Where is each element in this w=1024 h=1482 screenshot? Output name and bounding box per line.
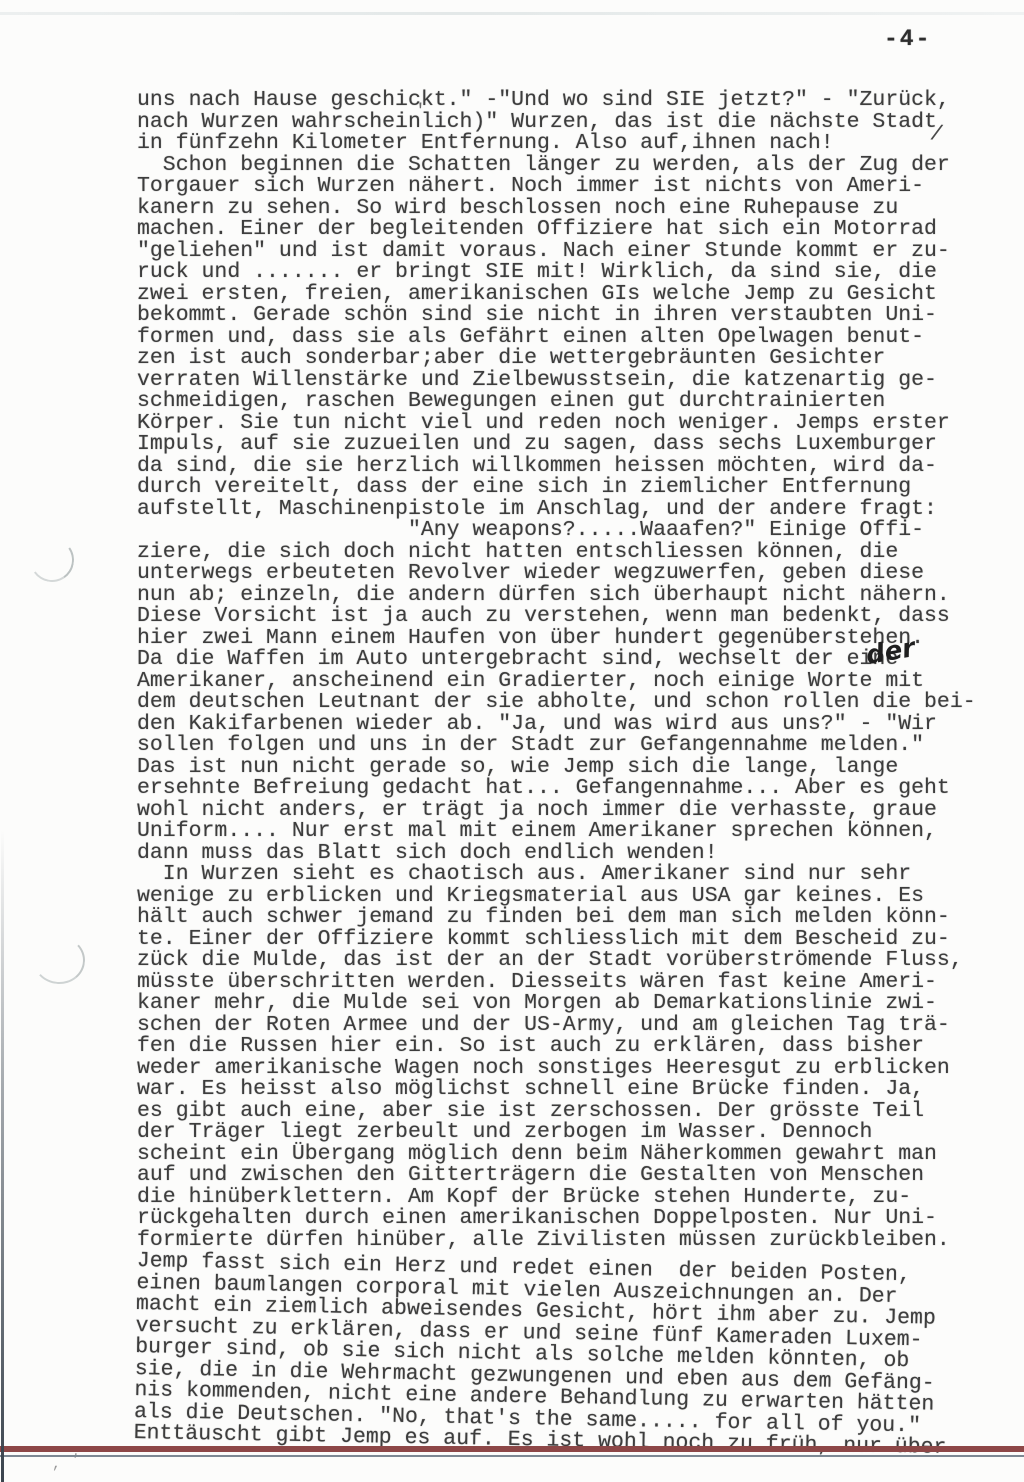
text-line: in fünfzehn Kilometer Entfernung. Also a…: [137, 133, 976, 155]
text-line: Torgauer sich Wurzen nähert. Noch immer …: [137, 176, 976, 198]
text-line: In Wurzen sieht es chaotisch aus. Amerik…: [137, 864, 976, 886]
scanned-document-page: { "page": { "page_number": "-4-" }, "col…: [0, 0, 1024, 1482]
text-line: da sind, die sie herzlich willkommen hei…: [137, 456, 976, 478]
text-line: die hinüberklettern. Am Kopf der Brücke …: [137, 1187, 976, 1209]
text-line: Impuls, auf sie zuzueilen und zu sagen, …: [137, 434, 976, 456]
text-line: Schon beginnen die Schatten länger zu we…: [137, 155, 976, 177]
text-line: der Träger liegt zerbeult und zerbogen i…: [137, 1122, 976, 1144]
text-line: durch vereitelt, dass der eine sich in z…: [137, 477, 976, 499]
text-line: ersehnte Befreiung gedacht hat... Gefang…: [137, 778, 976, 800]
page-number: -4-: [884, 26, 931, 52]
text-line: te. Einer der Offiziere kommt schliessli…: [137, 929, 976, 951]
text-line: formierte dürfen hinüber, alle Ziviliste…: [137, 1230, 976, 1252]
text-line: scheint ein Übergang möglich denn beim N…: [137, 1144, 976, 1166]
text-line: fen die Russen hier ein. So ist auch zu …: [137, 1036, 976, 1058]
text-line: dem deutschen Leutnant der sie abholte, …: [137, 692, 976, 714]
text-line: machen. Einer der begleitenden Offiziere…: [137, 219, 976, 241]
text-line: schmeidigen, raschen Bewegungen einen gu…: [137, 391, 976, 413]
bottom-red-rule: [0, 1446, 1024, 1452]
text-line: aufstellt, Maschinenpistole im Anschlag,…: [137, 499, 976, 521]
text-line: verraten Willenstärke und Zielbewusstsei…: [137, 370, 976, 392]
text-block: Jemp fasst sich ein Herz und redet einen…: [133, 1251, 975, 1460]
text-line: Uniform.... Nur erst mal mit einem Ameri…: [137, 821, 976, 843]
text-line: unterwegs erbeuteten Revolver wieder weg…: [137, 563, 976, 585]
typed-text-body: uns nach Hause geschickt." -"Und wo sind…: [137, 90, 976, 1445]
bottom-gray-rule: [0, 1455, 1024, 1457]
text-line: bekommt. Gerade schön sind sie nicht in …: [137, 305, 976, 327]
stray-mark-apostrophe: ': [415, 102, 426, 122]
text-block: uns nach Hause geschickt." -"Und wo sind…: [137, 90, 976, 1251]
punch-hole-shadow: [27, 535, 78, 586]
text-line: nun ab; einzeln, die andern dürfen sich …: [137, 585, 976, 607]
text-line: "geliehen" und ist damit voraus. Nach ei…: [137, 241, 976, 263]
text-line: auf und zwischen den Gitterträgern die G…: [137, 1165, 976, 1187]
stray-mark-comma: ,: [52, 1456, 61, 1473]
text-line: rückgehalten durch einen amerikanischen …: [137, 1208, 976, 1230]
text-line: ziere, die sich doch nicht hatten entsch…: [137, 542, 976, 564]
text-line: kanern zu sehen. So wird beschlossen noc…: [137, 198, 976, 220]
text-line: den Kakifarbenen wieder ab. "Ja, und was…: [137, 714, 976, 736]
text-line: zück die Mulde, das ist der an der Stadt…: [137, 950, 976, 972]
text-line: Körper. Sie tun nicht viel und reden noc…: [137, 413, 976, 435]
text-line: Diese Vorsicht ist ja auch zu verstehen,…: [137, 606, 976, 628]
text-line: formen und, dass sie als Gefährt einen a…: [137, 327, 976, 349]
text-line: Amerikaner, anscheinend ein Gradierter, …: [137, 671, 976, 693]
text-line: hält auch schwer jemand zu finden bei de…: [137, 907, 976, 929]
scan-edge-left: [1, 830, 4, 1482]
text-line: kaner mehr, die Mulde sei von Morgen ab …: [137, 993, 976, 1015]
punch-hole-shadow: [31, 934, 86, 986]
text-line: wohl nicht anders, er trägt ja noch imme…: [137, 800, 976, 822]
text-line: es gibt auch eine, aber sie ist zerschos…: [137, 1101, 976, 1123]
text-line: wenige zu erblicken und Kriegsmaterial a…: [137, 886, 976, 908]
text-line: war. Es heisst also möglichst schnell ei…: [137, 1079, 976, 1101]
text-line: uns nach Hause geschickt." -"Und wo sind…: [137, 90, 976, 112]
text-line: sollen folgen und uns in der Stadt zur G…: [137, 735, 976, 757]
text-line: hier zwei Mann einem Haufen von über hun…: [137, 628, 976, 650]
text-line: dann muss das Blatt sich doch endlich we…: [137, 843, 976, 865]
text-line: weder amerikanische Wagen noch sonstiges…: [137, 1058, 976, 1080]
text-line: Das ist nun nicht gerade so, wie Jemp si…: [137, 757, 976, 779]
scan-edge-top: [0, 12, 1024, 15]
text-line: "Any weapons?.....Waaafen?" Einige Offi-: [137, 520, 976, 542]
text-line: zen ist auch sonderbar;aber die wetterge…: [137, 348, 976, 370]
text-line: Da die Waffen im Auto untergebracht sind…: [137, 649, 976, 671]
text-line: zwei ersten, freien, amerikanischen GIs …: [137, 284, 976, 306]
text-line: nach Wurzen wahrscheinlich)" Wurzen, das…: [137, 112, 976, 134]
text-line: müsste überschritten werden. Diesseits w…: [137, 972, 976, 994]
text-line: schen der Roten Armee und der US-Army, u…: [137, 1015, 976, 1037]
text-line: ruck und ....... er bringt SIE mit! Wirk…: [137, 262, 976, 284]
